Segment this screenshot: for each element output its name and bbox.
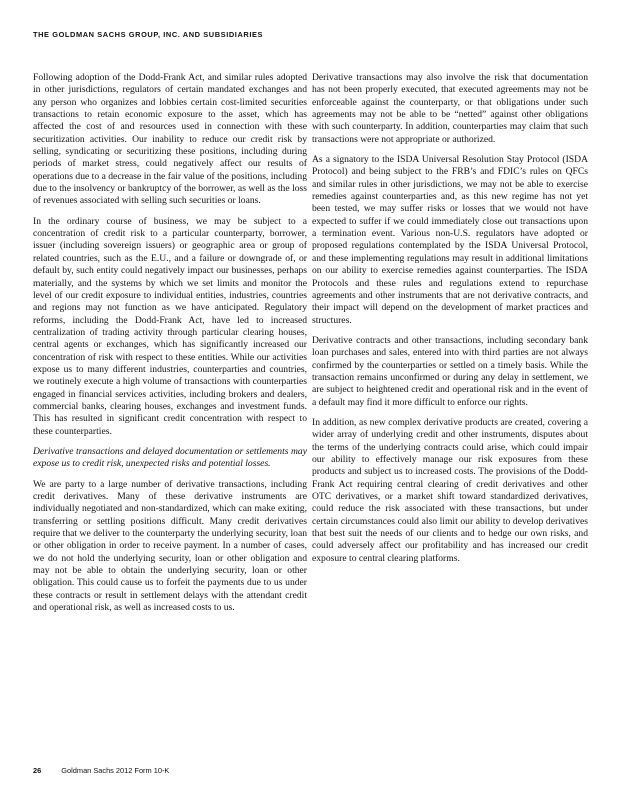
left-column: Following adoption of the Dodd-Frank Act… — [33, 72, 307, 622]
body-paragraph: We are party to a large number of deriva… — [33, 479, 307, 615]
body-paragraph: Following adoption of the Dodd-Frank Act… — [33, 72, 307, 208]
risk-factor-heading: Derivative transactions and delayed docu… — [33, 446, 307, 471]
body-paragraph: In the ordinary course of business, we m… — [33, 216, 307, 438]
body-paragraph: Derivative contracts and other transacti… — [312, 335, 588, 409]
right-column: Derivative transactions may also involve… — [312, 72, 588, 573]
running-header-title: The Goldman Sachs Group, Inc. and Subsid… — [33, 30, 263, 39]
body-paragraph: As a signatory to the ISDA Universal Res… — [312, 154, 588, 327]
publication-title: Goldman Sachs 2012 Form 10-K — [61, 766, 169, 775]
body-paragraph: In addition, as new complex derivative p… — [312, 417, 588, 565]
page-footer: 26 Goldman Sachs 2012 Form 10-K — [33, 766, 169, 775]
page-number: 26 — [33, 766, 41, 775]
body-paragraph: Derivative transactions may also involve… — [312, 72, 588, 146]
